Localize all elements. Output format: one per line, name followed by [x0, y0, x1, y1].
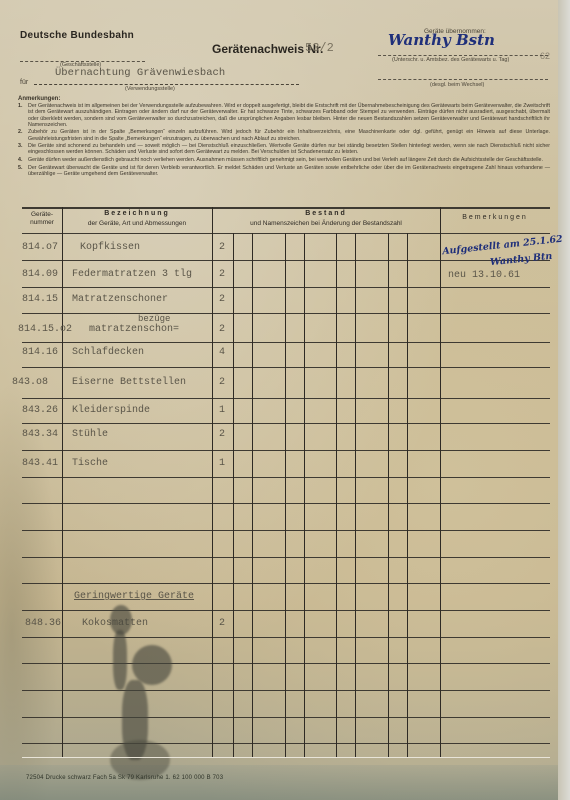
- row-bezeichnung: Schlafdecken: [72, 347, 144, 358]
- col-divider: [285, 233, 286, 757]
- col-divider: [355, 233, 356, 757]
- row-line: [22, 503, 550, 504]
- row-bezeichnung: Kopfkissen: [80, 242, 140, 253]
- signature-line: [378, 55, 548, 56]
- row-bezeichnung: Stühle: [72, 429, 108, 440]
- header-bezeichnung-title: Bezeichnung: [62, 209, 212, 219]
- header-bestand-title: Bestand: [212, 209, 440, 219]
- header-bezeichnung-sub: der Geräte, Art und Abmessungen: [62, 219, 212, 229]
- note-number: 3.: [18, 143, 28, 155]
- row-line: [22, 717, 550, 718]
- col-divider: [407, 233, 408, 757]
- row-line: [22, 398, 550, 399]
- row-nummer: 814.09: [22, 269, 58, 280]
- row-line: [22, 743, 550, 744]
- header-bemerkungen: Bemerkungen: [440, 214, 550, 221]
- notes-heading: Anmerkungen:: [18, 96, 550, 102]
- signature: Wanthy Bstn: [388, 31, 495, 49]
- col-divider: [388, 233, 389, 757]
- fuer-label: für: [20, 79, 28, 86]
- row-bestand: 2: [219, 294, 225, 305]
- col-divider: [336, 233, 337, 757]
- print-imprint: 72504 Drucke schwarz Fach 5a Sk 79 Karls…: [26, 775, 223, 781]
- paper-discoloration: [0, 765, 560, 800]
- note-item: 2.Zubehör zu Geräten ist in der Spalte „…: [18, 129, 550, 141]
- row-bezeichnung: Eiserne Bettstellen: [72, 377, 186, 388]
- row-line: [22, 287, 550, 288]
- header-bestand: Bestand und Namenszeichen bei Änderung d…: [212, 209, 440, 229]
- row-line: [22, 690, 550, 691]
- row-bestand: 2: [219, 618, 225, 629]
- water-stain: [132, 645, 172, 685]
- note-item: 3.Die Geräte sind schonend zu behandeln …: [18, 143, 550, 155]
- row-nummer: 843.26: [22, 405, 58, 416]
- col-divider: [212, 207, 213, 757]
- row-nummer: 843.o8: [12, 377, 48, 388]
- note-number: 5.: [18, 165, 28, 177]
- row-bestand: 2: [219, 269, 225, 280]
- row-bezeichnung: Matratzenschoner: [72, 294, 168, 305]
- row-bestand: 1: [219, 405, 225, 416]
- water-stain: [113, 630, 127, 690]
- header-bemerkungen-label: Bemerkungen: [440, 214, 550, 221]
- section-heading: Geringwertige Geräte: [74, 591, 194, 602]
- header-bestand-sub: und Namenszeichen bei Änderung der Besta…: [212, 219, 440, 229]
- stain: [0, 380, 60, 800]
- row-bezeichnung: Federmatratzen 3 tlg: [72, 269, 192, 280]
- note-text: Geräte dürfen weder außerdienstlich gebr…: [28, 157, 550, 163]
- wechsel-line: [378, 79, 548, 80]
- row-line: [22, 530, 550, 531]
- row-line: [22, 557, 550, 558]
- row-bestand: 2: [219, 324, 225, 335]
- row-nummer: 814.15.o2: [18, 324, 72, 335]
- col-divider: [440, 207, 441, 757]
- row-line: [22, 477, 550, 478]
- note-item: 1.Der Gerätenachweis ist im allgemeinen …: [18, 103, 550, 128]
- row-bezeichnung: matratzenschon=: [89, 324, 179, 335]
- row-bestand: 2: [219, 429, 225, 440]
- row-line: [22, 342, 550, 343]
- row-line: [22, 423, 550, 424]
- row-line: [22, 610, 550, 611]
- water-stain: [110, 740, 170, 780]
- paper-edge: [558, 0, 570, 800]
- row-bemerkung: neu 13.10.61: [448, 270, 520, 281]
- verwendungsstelle-value: Übernachtung Grävenwiesbach: [55, 67, 225, 79]
- note-text: Zubehör zu Geräten ist in der Spalte „Be…: [28, 129, 550, 141]
- col-divider: [233, 233, 234, 757]
- row-bestand: 2: [219, 242, 225, 253]
- col-divider: [304, 233, 305, 757]
- note-text: Die Geräte sind schonend zu behandeln un…: [28, 143, 550, 155]
- row-nummer: 848.36: [25, 618, 61, 629]
- row-bezeichnung-above: bezüge: [138, 314, 170, 324]
- row-line: [22, 450, 550, 451]
- row-line: [22, 583, 550, 584]
- row-nummer: 814.16: [22, 347, 58, 358]
- row-bezeichnung: Kleiderspinde: [72, 405, 150, 416]
- note-number: 2.: [18, 129, 28, 141]
- row-bestand: 1: [219, 458, 225, 469]
- row-nummer: 814.15: [22, 294, 58, 305]
- wechsel-caption: (desgl. beim Wechsel): [430, 82, 484, 88]
- signature-date: 62: [540, 51, 550, 61]
- footer-line: [22, 757, 550, 758]
- form-number: 53/2: [305, 41, 334, 55]
- row-line: [22, 367, 550, 368]
- organization-name: Deutsche Bundesbahn: [20, 30, 134, 41]
- notes-section: Anmerkungen: 1.Der Gerätenachweis ist im…: [18, 96, 550, 178]
- note-number: 1.: [18, 103, 28, 128]
- row-bezeichnung: Tische: [72, 458, 108, 469]
- note-item: 4.Geräte dürfen weder außerdienstlich ge…: [18, 157, 550, 163]
- col-divider: [62, 207, 63, 757]
- verwendungsstelle-line: [34, 84, 299, 85]
- row-nummer: 814.o7: [22, 242, 58, 253]
- row-bestand: 4: [219, 347, 225, 358]
- row-nummer: 843.41: [22, 458, 58, 469]
- row-line: [22, 663, 550, 664]
- row-line: [22, 260, 550, 261]
- verwendungsstelle-caption: (Verwendungsstelle): [125, 86, 175, 92]
- row-nummer: 843.34: [22, 429, 58, 440]
- row-line: [22, 313, 550, 314]
- header-nummer-label: Geräte- nummer: [22, 211, 62, 227]
- signature-caption: (Unterschr. u. Amtsbez. des Gerätewarts …: [392, 57, 509, 63]
- col-divider: [252, 233, 253, 757]
- note-item: 5.Der Gerätewart überwacht die Geräte un…: [18, 165, 550, 177]
- note-number: 4.: [18, 157, 28, 163]
- header-bezeichnung: Bezeichnung der Geräte, Art und Abmessun…: [62, 209, 212, 229]
- table-header-border: [22, 233, 550, 234]
- note-text: Der Gerätewart überwacht die Geräte und …: [28, 165, 550, 177]
- row-bestand: 2: [219, 377, 225, 388]
- header-nummer: Geräte- nummer: [22, 211, 62, 227]
- note-text: Der Gerätenachweis ist im allgemeinen be…: [28, 103, 550, 128]
- row-line: [22, 637, 550, 638]
